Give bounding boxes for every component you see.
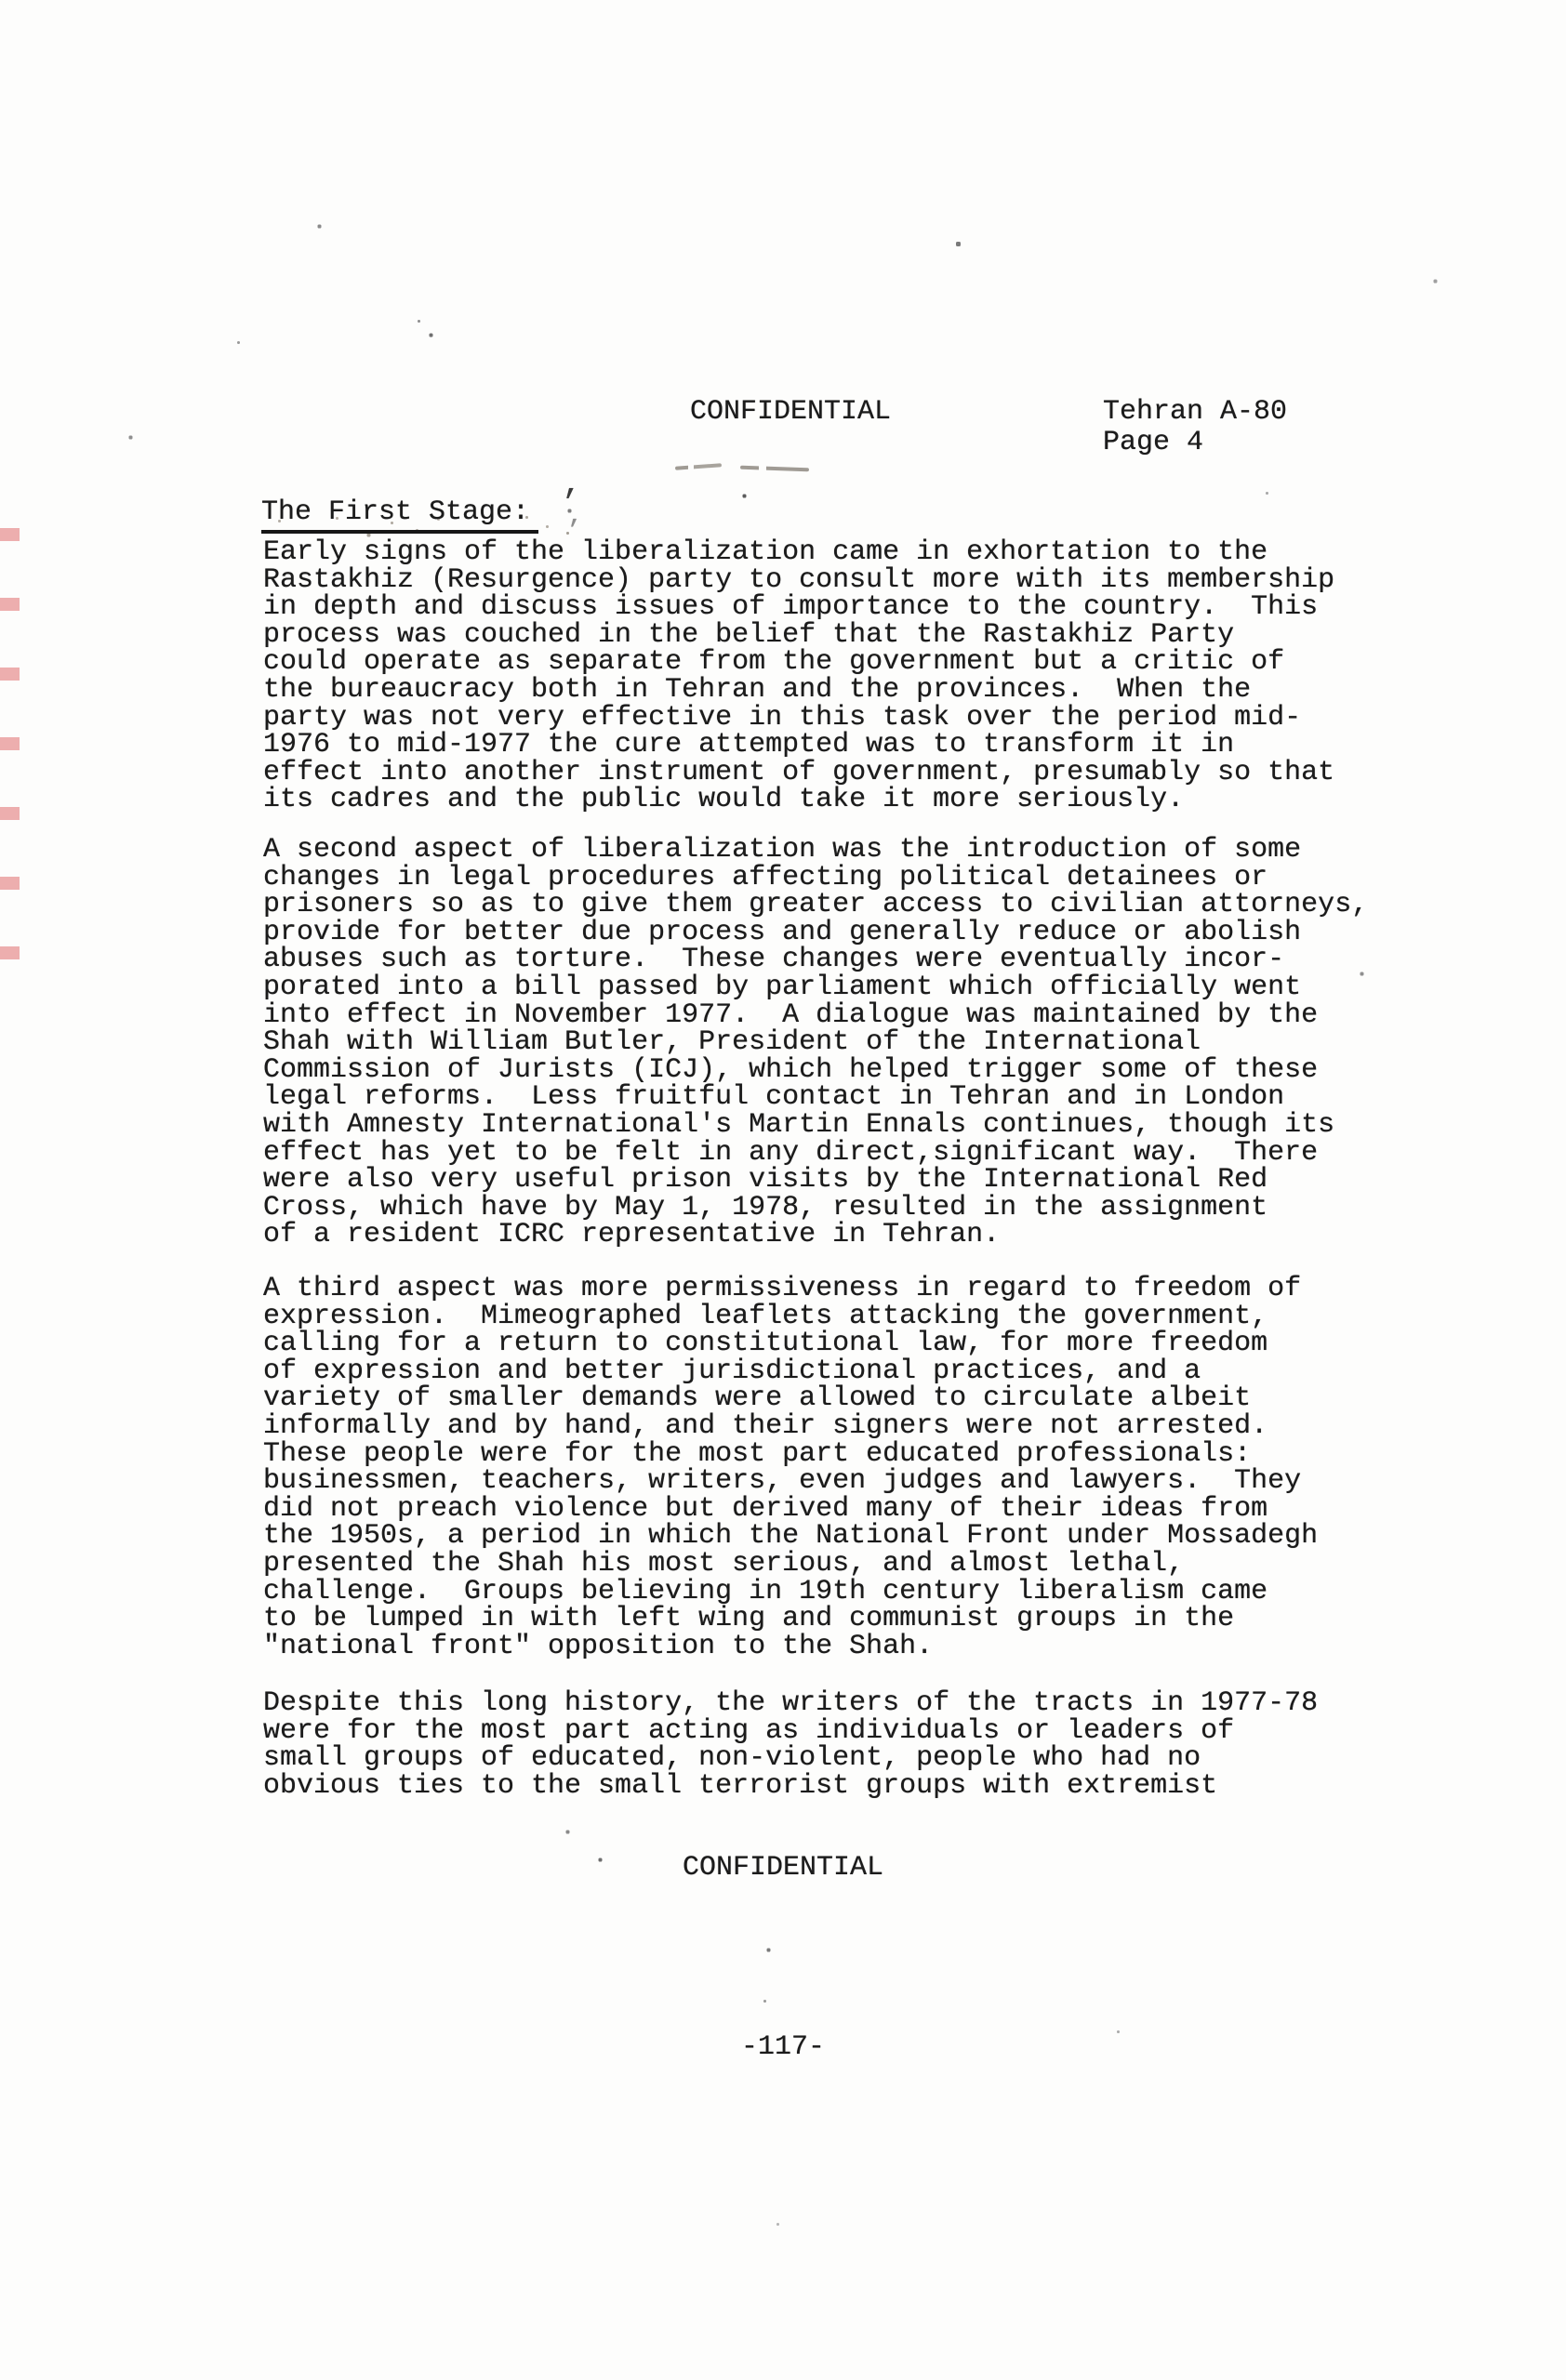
stray-comma-mark: , [563,472,581,500]
pencil-smudge [740,466,809,472]
paragraph: A second aspect of liberalization was th… [263,837,1368,1249]
document-page: CONFIDENTIAL Tehran A-80 Page 4 The Firs… [0,0,1566,2380]
pencil-smudge [675,463,722,469]
stray-comma-mark: , [568,503,583,531]
section-heading: The First Stage: [261,499,538,535]
page-label: Page 4 [1103,430,1203,457]
classification-footer: CONFIDENTIAL [0,1855,1566,1883]
left-margin-marks [0,528,20,967]
document-reference: Tehran A-80 [1103,399,1287,427]
photocopy-noise [0,0,1,1]
paragraph: A third aspect was more permissiveness i… [263,1276,1318,1660]
paragraph: Early signs of the liberalization came i… [263,539,1334,814]
classification-header: CONFIDENTIAL [690,399,891,427]
page-number: -117- [0,2034,1566,2062]
paragraph: Despite this long history, the writers o… [263,1690,1318,1800]
